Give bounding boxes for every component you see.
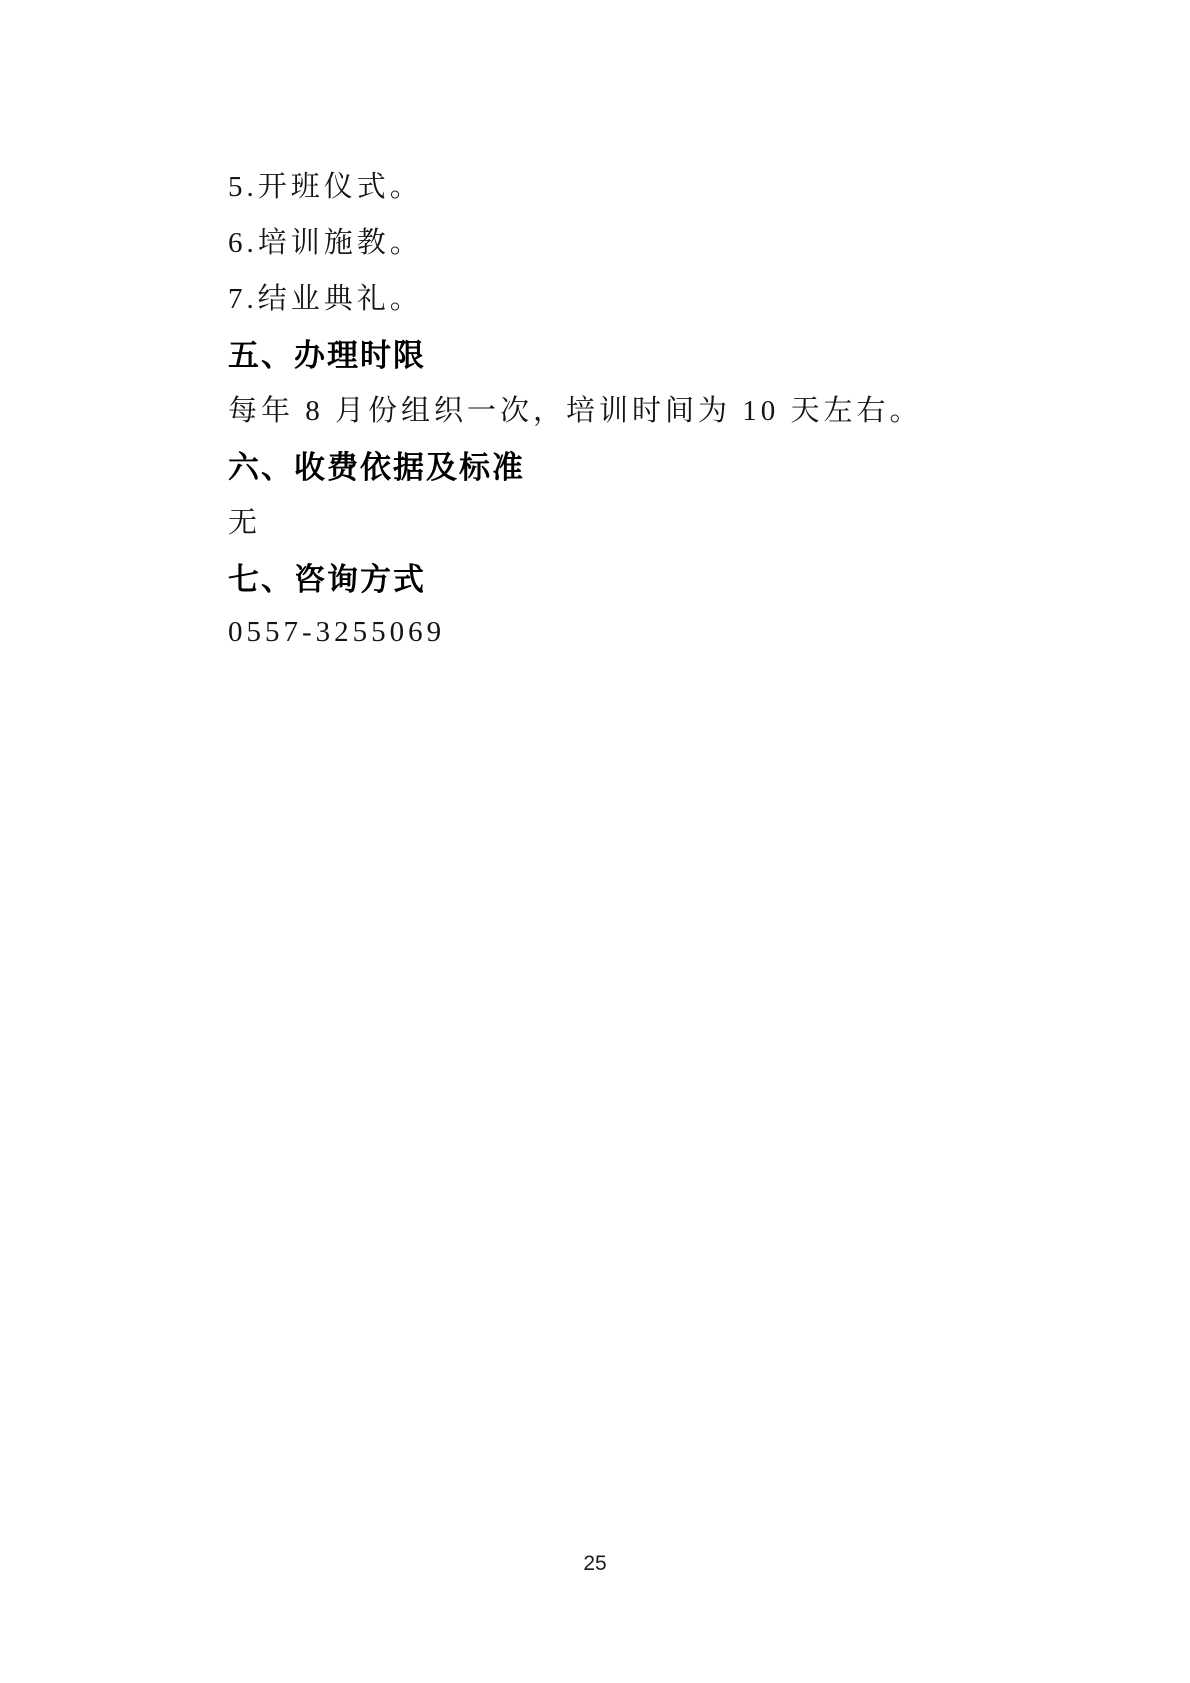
- section-heading-6: 六、收费依据及标准: [228, 436, 1100, 492]
- paragraph-time-limit: 每年 8 月份组织一次，培训时间为 10 天左右。: [228, 380, 1100, 436]
- section-heading-7: 七、咨询方式: [228, 548, 1100, 604]
- section-heading-5: 五、办理时限: [228, 324, 1100, 380]
- list-item-7: 7.结业典礼。: [228, 268, 1100, 324]
- paragraph-fee-none: 无: [228, 492, 1100, 548]
- phone-number: 0557-3255069: [228, 604, 1100, 660]
- document-page: 5.开班仪式。 6.培训施教。 7.结业典礼。 五、办理时限 每年 8 月份组织…: [0, 0, 1190, 1683]
- document-body: 5.开班仪式。 6.培训施教。 7.结业典礼。 五、办理时限 每年 8 月份组织…: [228, 156, 1100, 660]
- page-number: 25: [0, 1552, 1190, 1576]
- list-item-5: 5.开班仪式。: [228, 156, 1100, 212]
- list-item-6: 6.培训施教。: [228, 212, 1100, 268]
